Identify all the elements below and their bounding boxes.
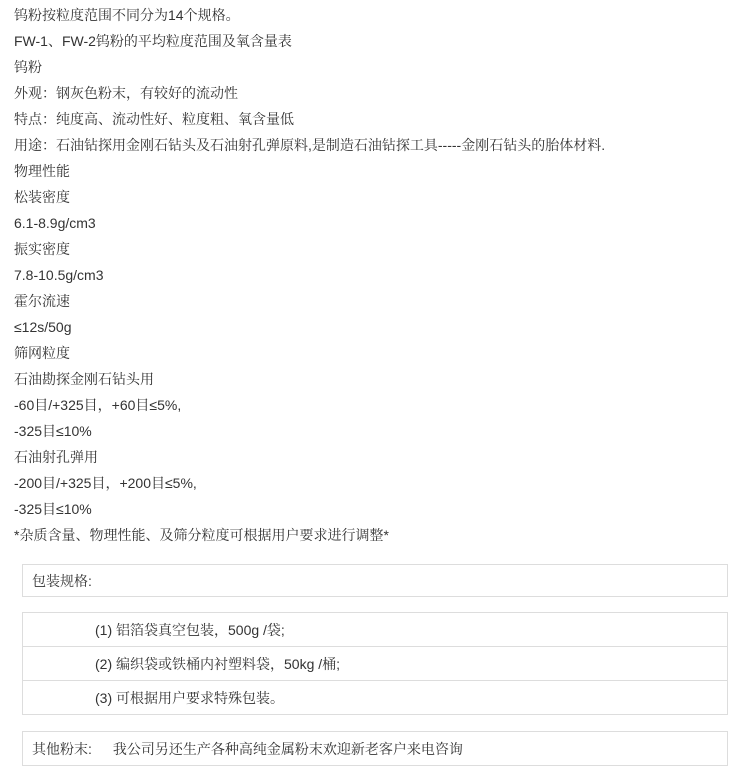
packaging-item-row-2: (2) 编织袋或铁桶内衬塑料袋，50kg /桶; xyxy=(23,647,727,681)
text-line-bulk-density-label: 松装密度 xyxy=(14,184,736,210)
text-line-tap-density-label: 振实密度 xyxy=(14,236,736,262)
other-powder-box: 其他粉末: 我公司另还生产各种高纯金属粉末欢迎新老客户来电咨询 xyxy=(22,731,728,766)
text-line-features: 特点：纯度高、流动性好、粒度粗、氧含量低 xyxy=(14,106,736,132)
text-line-hall-flow-value: ≤12s/50g xyxy=(14,314,736,340)
product-description: 钨粉按粒度范围不同分为14个规格。 FW-1、FW-2钨粉的平均粒度范围及氧含量… xyxy=(0,0,750,548)
packaging-item-text-2: (2) 编织袋或铁桶内衬塑料袋，50kg /桶; xyxy=(95,654,340,674)
text-line-perforating-mesh-2: -325目≤10% xyxy=(14,496,736,522)
text-line-perforating-mesh-1: -200目/+325目，+200目≤5%, xyxy=(14,470,736,496)
packaging-list-box: (1) 铝箔袋真空包装，500g /袋; (2) 编织袋或铁桶内衬塑料袋，50k… xyxy=(22,612,728,715)
text-line-drill-mesh-1: -60目/+325目，+60目≤5%, xyxy=(14,392,736,418)
packaging-item-text-1: (1) 铝箔袋真空包装，500g /袋; xyxy=(95,620,285,640)
packaging-header-label: 包装规格: xyxy=(32,571,92,591)
packaging-item-row-3: (3) 可根据用户要求特殊包装。 xyxy=(23,681,727,714)
text-line-perforating-use: 石油射孔弹用 xyxy=(14,444,736,470)
text-line-physical-properties: 物理性能 xyxy=(14,158,736,184)
text-line-adjustment-note: *杂质含量、物理性能、及筛分粒度可根据用户要求进行调整* xyxy=(14,522,736,548)
text-line-spec-count: 钨粉按粒度范围不同分为14个规格。 xyxy=(14,2,736,28)
packaging-item-text-3: (3) 可根据用户要求特殊包装。 xyxy=(95,688,284,708)
text-line-hall-flow-label: 霍尔流速 xyxy=(14,288,736,314)
text-line-drill-mesh-2: -325目≤10% xyxy=(14,418,736,444)
text-line-product-name: 钨粉 xyxy=(14,54,736,80)
product-detail-page: 钨粉按粒度范围不同分为14个规格。 FW-1、FW-2钨粉的平均粒度范围及氧含量… xyxy=(0,0,750,770)
text-line-table-title: FW-1、FW-2钨粉的平均粒度范围及氧含量表 xyxy=(14,28,736,54)
packaging-item-row-1: (1) 铝箔袋真空包装，500g /袋; xyxy=(23,613,727,647)
text-line-tap-density-value: 7.8-10.5g/cm3 xyxy=(14,262,736,288)
text-line-bulk-density-value: 6.1-8.9g/cm3 xyxy=(14,210,736,236)
text-line-usage: 用途：石油钻探用金刚石钻头及石油射孔弹原料,是制造石油钻探工具-----金刚石钻… xyxy=(14,132,736,158)
packaging-header-box: 包装规格: xyxy=(22,564,728,597)
text-line-sieve-size-label: 筛网粒度 xyxy=(14,340,736,366)
text-line-appearance: 外观：钢灰色粉末，有较好的流动性 xyxy=(14,80,736,106)
other-powder-label: 其他粉末: xyxy=(32,739,92,759)
text-line-drill-bit-use: 石油勘探金刚石钻头用 xyxy=(14,366,736,392)
other-powder-text: 我公司另还生产各种高纯金属粉末欢迎新老客户来电咨询 xyxy=(113,739,463,759)
